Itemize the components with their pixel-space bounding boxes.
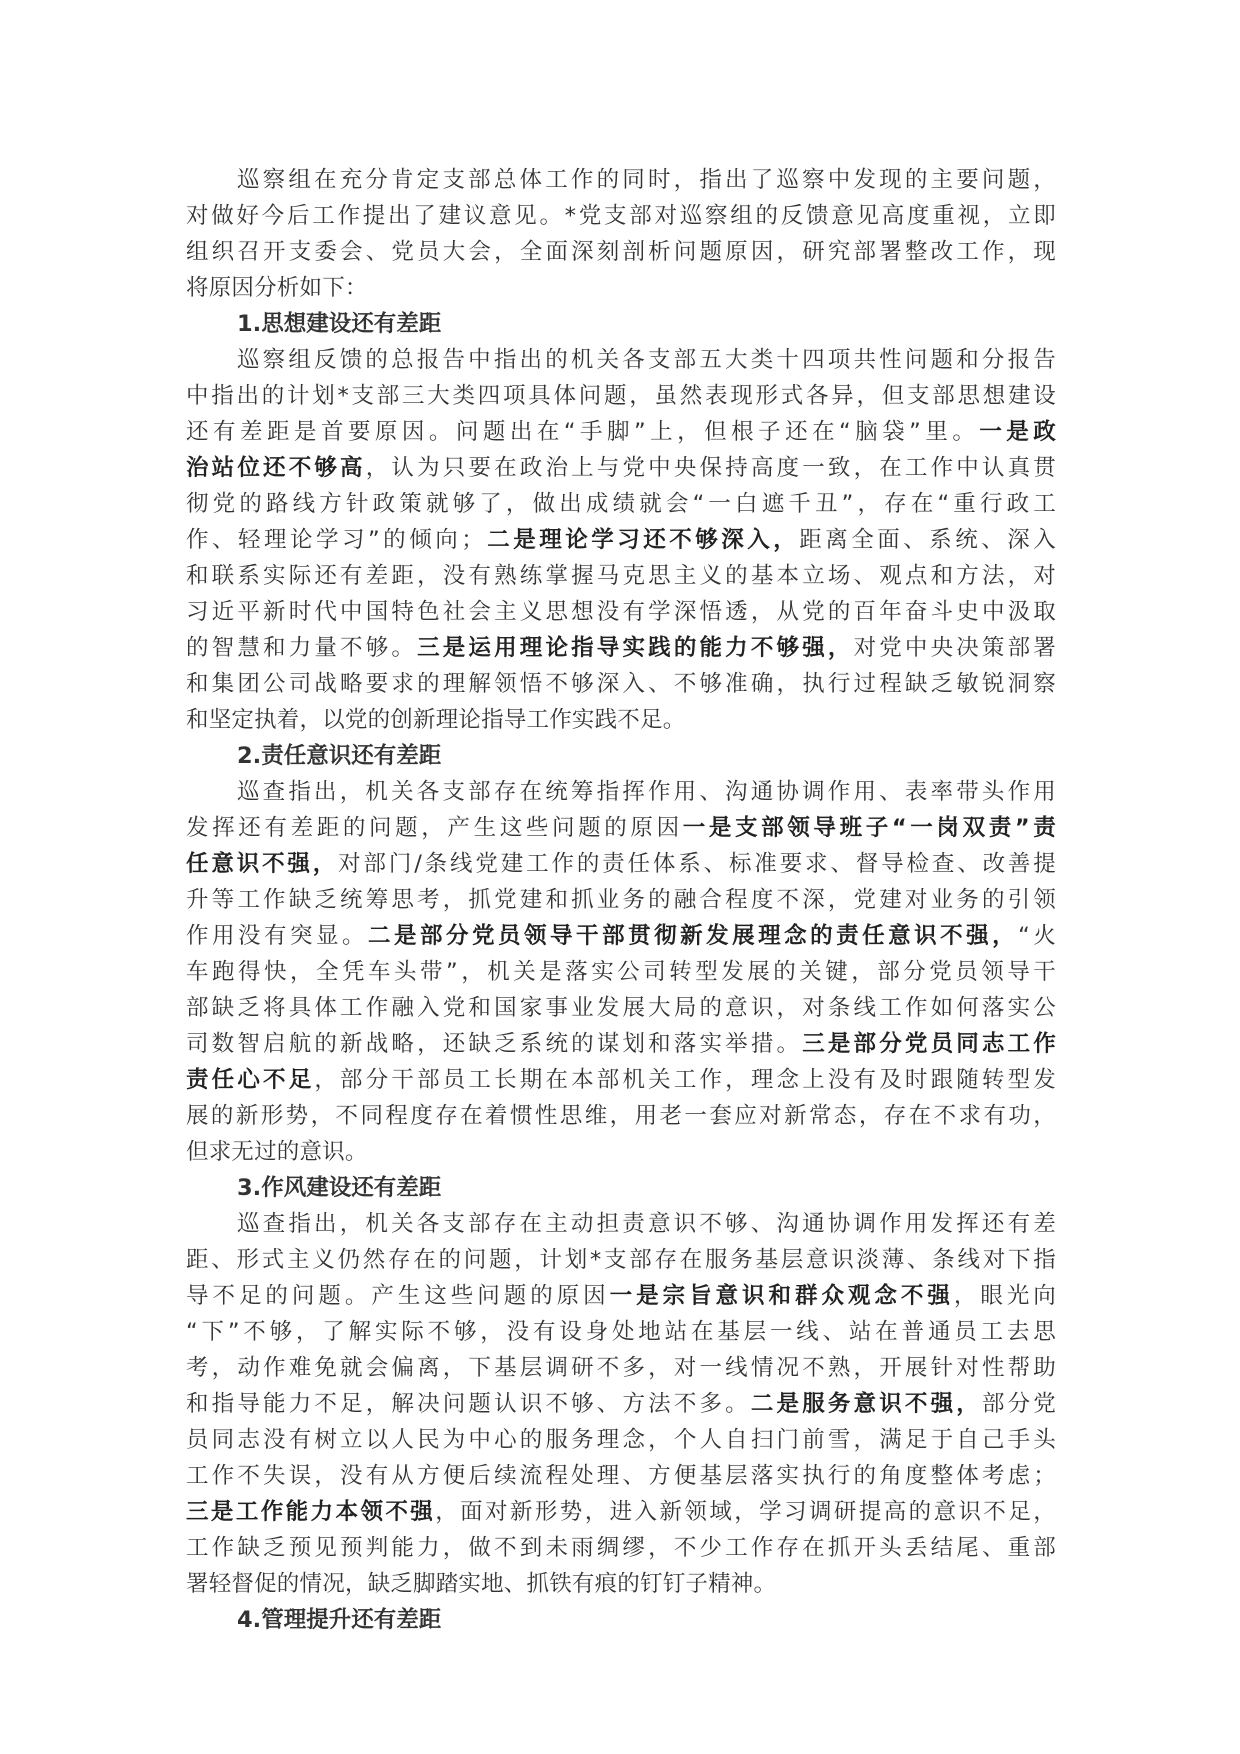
paragraph-line: 责任心不足，部分干部员工长期在本部机关工作，理念上没有及时跟随转型发 <box>186 1062 1056 1098</box>
paragraph-line: 巡察组反馈的总报告中指出的机关各支部五大类十四项共性问题和分报告 <box>237 342 1056 378</box>
bold-text: 一是政 <box>979 419 1056 445</box>
paragraph-line: 任意识不强，对部门/条线党建工作的责任体系、标准要求、督导检查、改善提 <box>186 846 1056 882</box>
paragraph-line: 工作不失误，没有从方便后续流程处理、方便基层落实执行的角度整体考虑； <box>186 1458 1056 1494</box>
text-run: 巡查指出，机关各支部存在主动担责意识不够、沟通协调作用发挥还有差 <box>237 1211 1056 1237</box>
text-run: ，部分干部员工长期在本部机关工作，理念上没有及时跟随转型发 <box>314 1067 1056 1093</box>
bold-text: 二是服务意识不强， <box>751 1391 982 1417</box>
text-run: 展的新形势，不同程度存在着惯性思维，用老一套应对新常态，存在不求有功， <box>186 1103 1056 1129</box>
text-run: 发挥还有差距的问题，产生这些问题的原因 <box>186 815 683 841</box>
text-run: 工作不失误，没有从方便后续流程处理、方便基层落实执行的角度整体考虑； <box>186 1463 1056 1489</box>
bold-text: 一是宗旨意识和群众观念不强 <box>610 1283 954 1309</box>
paragraph-line: 考，动作难免就会偏离，下基层调研不多，对一线情况不熟，开展针对性帮助 <box>186 1350 1056 1386</box>
paragraph-line: 三是工作能力本领不强，面对新形势，进入新领域，学习调研提高的意识不足， <box>186 1494 1056 1530</box>
paragraph-line: 彻党的路线方针政策就够了，做出成绩就会“一白遮千丑”，存在“重行政工 <box>186 486 1056 522</box>
bold-text: 任意识不强， <box>186 851 338 877</box>
text-run: 升等工作缺乏统筹思考，抓党建和抓业务的融合程度不深，党建对业务的引领 <box>186 887 1056 913</box>
paragraph-line: 治站位还不够高，认为只要在政治上与党中央保持高度一致，在工作中认真贯 <box>186 450 1056 486</box>
text-run: 巡察组反馈的总报告中指出的机关各支部五大类十四项共性问题和分报告 <box>237 347 1056 373</box>
bold-text: 一是支部领导班子“一岗双责”责 <box>683 815 1056 841</box>
paragraph-line: 导不足的问题。产生这些问题的原因一是宗旨意识和群众观念不强，眼光向 <box>186 1278 1056 1314</box>
paragraph-line: 部缺乏将具体工作融入党和国家事业发展大局的意识，对条线工作如何落实公 <box>186 990 1056 1026</box>
paragraph-line: “下”不够，了解实际不够，没有设身处地站在基层一线、站在普通员工去思 <box>186 1314 1056 1350</box>
text-run: 部分党 <box>982 1391 1056 1417</box>
bold-text: 三是工作能力本领不强 <box>186 1499 435 1525</box>
text-run: 但求无过的意识。 <box>186 1139 368 1165</box>
paragraph-line: 和坚定执着，以党的创新理论指导工作实践不足。 <box>186 702 1056 738</box>
text-run: 作用没有突显。 <box>186 923 368 949</box>
paragraph-line: 展的新形势，不同程度存在着惯性思维，用老一套应对新常态，存在不求有功， <box>186 1098 1056 1134</box>
text-run: 和联系实际还有差距，没有熟练掌握马克思主义的基本立场、观点和方法，对 <box>186 563 1056 589</box>
paragraph-line: 和集团公司战略要求的理解领悟不够深入、不够准确，执行过程缺乏敏锐洞察 <box>186 666 1056 702</box>
text-run: 彻党的路线方针政策就够了，做出成绩就会“一白遮千丑”，存在“重行政工 <box>186 491 1056 517</box>
paragraph-line: 距、形式主义仍然存在的问题，计划*支部存在服务基层意识淡薄、条线对下指 <box>186 1242 1056 1278</box>
text-run: 距、形式主义仍然存在的问题，计划*支部存在服务基层意识淡薄、条线对下指 <box>186 1247 1056 1273</box>
document-page: 巡察组在充分肯定支部总体工作的同时，指出了巡察中发现的主要问题， 对做好今后工作… <box>0 0 1240 1754</box>
paragraph-line: 司数智启航的新战略，还缺乏系统的谋划和落实举措。三是部分党员同志工作 <box>186 1026 1056 1062</box>
paragraph-line: 习近平新时代中国特色社会主义思想没有学深悟透，从党的百年奋斗史中汲取 <box>186 594 1056 630</box>
intro-line: 对做好今后工作提出了建议意见。*党支部对巡察组的反馈意见高度重视，立即 <box>186 198 1056 234</box>
bold-text: 治站位还不够高 <box>186 455 366 481</box>
paragraph-line: 升等工作缺乏统筹思考，抓党建和抓业务的融合程度不深，党建对业务的引领 <box>186 882 1056 918</box>
paragraph-line: 巡查指出，机关各支部存在统筹指挥作用、沟通协调作用、表率带头作用 <box>237 774 1056 810</box>
text-run: 车跑得快，全凭车头带”，机关是落实公司转型发展的关键，部分党员领导干 <box>186 959 1056 985</box>
paragraph-line: 的智慧和力量不够。三是运用理论指导实践的能力不够强，对党中央决策部署 <box>186 630 1056 666</box>
text-run: 作、轻理论学习”的倾向； <box>186 527 484 553</box>
text-run: ，认为只要在政治上与党中央保持高度一致，在工作中认真贯 <box>366 455 1056 481</box>
text-run: 署轻督促的情况，缺乏脚踏实地、抓铁有痕的钉钉子精神。 <box>186 1571 776 1597</box>
text-run: 中指出的计划*支部三大类四项具体问题，虽然表现形式各异，但支部思想建设 <box>186 383 1056 409</box>
text-run: “下”不够，了解实际不够，没有设身处地站在基层一线、站在普通员工去思 <box>186 1319 1056 1345</box>
bold-text: 二是理论学习还不够深入， <box>484 527 799 553</box>
text-run: 工作缺乏预见预判能力，做不到未雨绸缪，不少工作存在抓开头丢结尾、重部 <box>186 1535 1056 1561</box>
intro-line: 组织召开支委会、党员大会，全面深刻剖析问题原因，研究部署整改工作，现 <box>186 234 1056 270</box>
section-heading-1: 1.思想建设还有差距 <box>237 306 441 342</box>
text-run: 还有差距是首要原因。问题出在“手脚”上，但根子还在“脑袋”里。 <box>186 419 979 445</box>
text-run: 和指导能力不足，解决问题认识不够、方法不多。 <box>186 1391 751 1417</box>
paragraph-line: 巡查指出，机关各支部存在主动担责意识不够、沟通协调作用发挥还有差 <box>237 1206 1056 1242</box>
bold-text: 三是部分党员同志工作 <box>802 1031 1056 1057</box>
text-run: 对部门/条线党建工作的责任体系、标准要求、督导检查、改善提 <box>338 851 1056 877</box>
section-heading-4: 4.管理提升还有差距 <box>237 1602 441 1638</box>
bold-text: 三是运用理论指导实践的能力不够强， <box>417 635 853 661</box>
text-run: 距离全面、系统、深入 <box>799 527 1056 553</box>
section-heading-3: 3.作风建设还有差距 <box>237 1170 441 1206</box>
text-run: 巡查指出，机关各支部存在统筹指挥作用、沟通协调作用、表率带头作用 <box>237 779 1056 805</box>
bold-text: 二是部分党员领导干部贯彻新发展理念的责任意识不强， <box>368 923 1018 949</box>
paragraph-line: 作、轻理论学习”的倾向；二是理论学习还不够深入，距离全面、系统、深入 <box>186 522 1056 558</box>
text-run: 考，动作难免就会偏离，下基层调研不多，对一线情况不熟，开展针对性帮助 <box>186 1355 1056 1381</box>
text-run: 对党中央决策部署 <box>854 635 1056 661</box>
text-run: 和集团公司战略要求的理解领悟不够深入、不够准确，执行过程缺乏敏锐洞察 <box>186 671 1056 697</box>
section-heading-2: 2.责任意识还有差距 <box>237 738 441 774</box>
paragraph-line: 工作缺乏预见预判能力，做不到未雨绸缪，不少工作存在抓开头丢结尾、重部 <box>186 1530 1056 1566</box>
text-run: “火 <box>1018 923 1056 949</box>
text-run: 司数智启航的新战略，还缺乏系统的谋划和落实举措。 <box>186 1031 802 1057</box>
paragraph-line: 中指出的计划*支部三大类四项具体问题，虽然表现形式各异，但支部思想建设 <box>186 378 1056 414</box>
text-run: ，面对新形势，进入新领域，学习调研提高的意识不足， <box>435 1499 1056 1525</box>
paragraph-line: 但求无过的意识。 <box>186 1134 1056 1170</box>
text-run: 的智慧和力量不够。 <box>186 635 417 661</box>
text-run: 导不足的问题。产生这些问题的原因 <box>186 1283 610 1309</box>
paragraph-line: 还有差距是首要原因。问题出在“手脚”上，但根子还在“脑袋”里。一是政 <box>186 414 1056 450</box>
paragraph-line: 署轻督促的情况，缺乏脚踏实地、抓铁有痕的钉钉子精神。 <box>186 1566 1056 1602</box>
intro-line: 巡察组在充分肯定支部总体工作的同时，指出了巡察中发现的主要问题， <box>237 162 1056 198</box>
paragraph-line: 发挥还有差距的问题，产生这些问题的原因一是支部领导班子“一岗双责”责 <box>186 810 1056 846</box>
text-run: ，眼光向 <box>954 1283 1056 1309</box>
paragraph-line: 员同志没有树立以人民为中心的服务理念，个人自扫门前雪，满足于自己手头 <box>186 1422 1056 1458</box>
paragraph-line: 作用没有突显。二是部分党员领导干部贯彻新发展理念的责任意识不强，“火 <box>186 918 1056 954</box>
text-run: 部缺乏将具体工作融入党和国家事业发展大局的意识，对条线工作如何落实公 <box>186 995 1056 1021</box>
intro-line: 将原因分析如下： <box>186 270 1056 306</box>
text-run: 员同志没有树立以人民为中心的服务理念，个人自扫门前雪，满足于自己手头 <box>186 1427 1056 1453</box>
text-run: 和坚定执着，以党的创新理论指导工作实践不足。 <box>186 707 685 733</box>
text-run: 习近平新时代中国特色社会主义思想没有学深悟透，从党的百年奋斗史中汲取 <box>186 599 1056 625</box>
paragraph-line: 和联系实际还有差距，没有熟练掌握马克思主义的基本立场、观点和方法，对 <box>186 558 1056 594</box>
bold-text: 责任心不足 <box>186 1067 314 1093</box>
paragraph-line: 和指导能力不足，解决问题认识不够、方法不多。二是服务意识不强，部分党 <box>186 1386 1056 1422</box>
paragraph-line: 车跑得快，全凭车头带”，机关是落实公司转型发展的关键，部分党员领导干 <box>186 954 1056 990</box>
